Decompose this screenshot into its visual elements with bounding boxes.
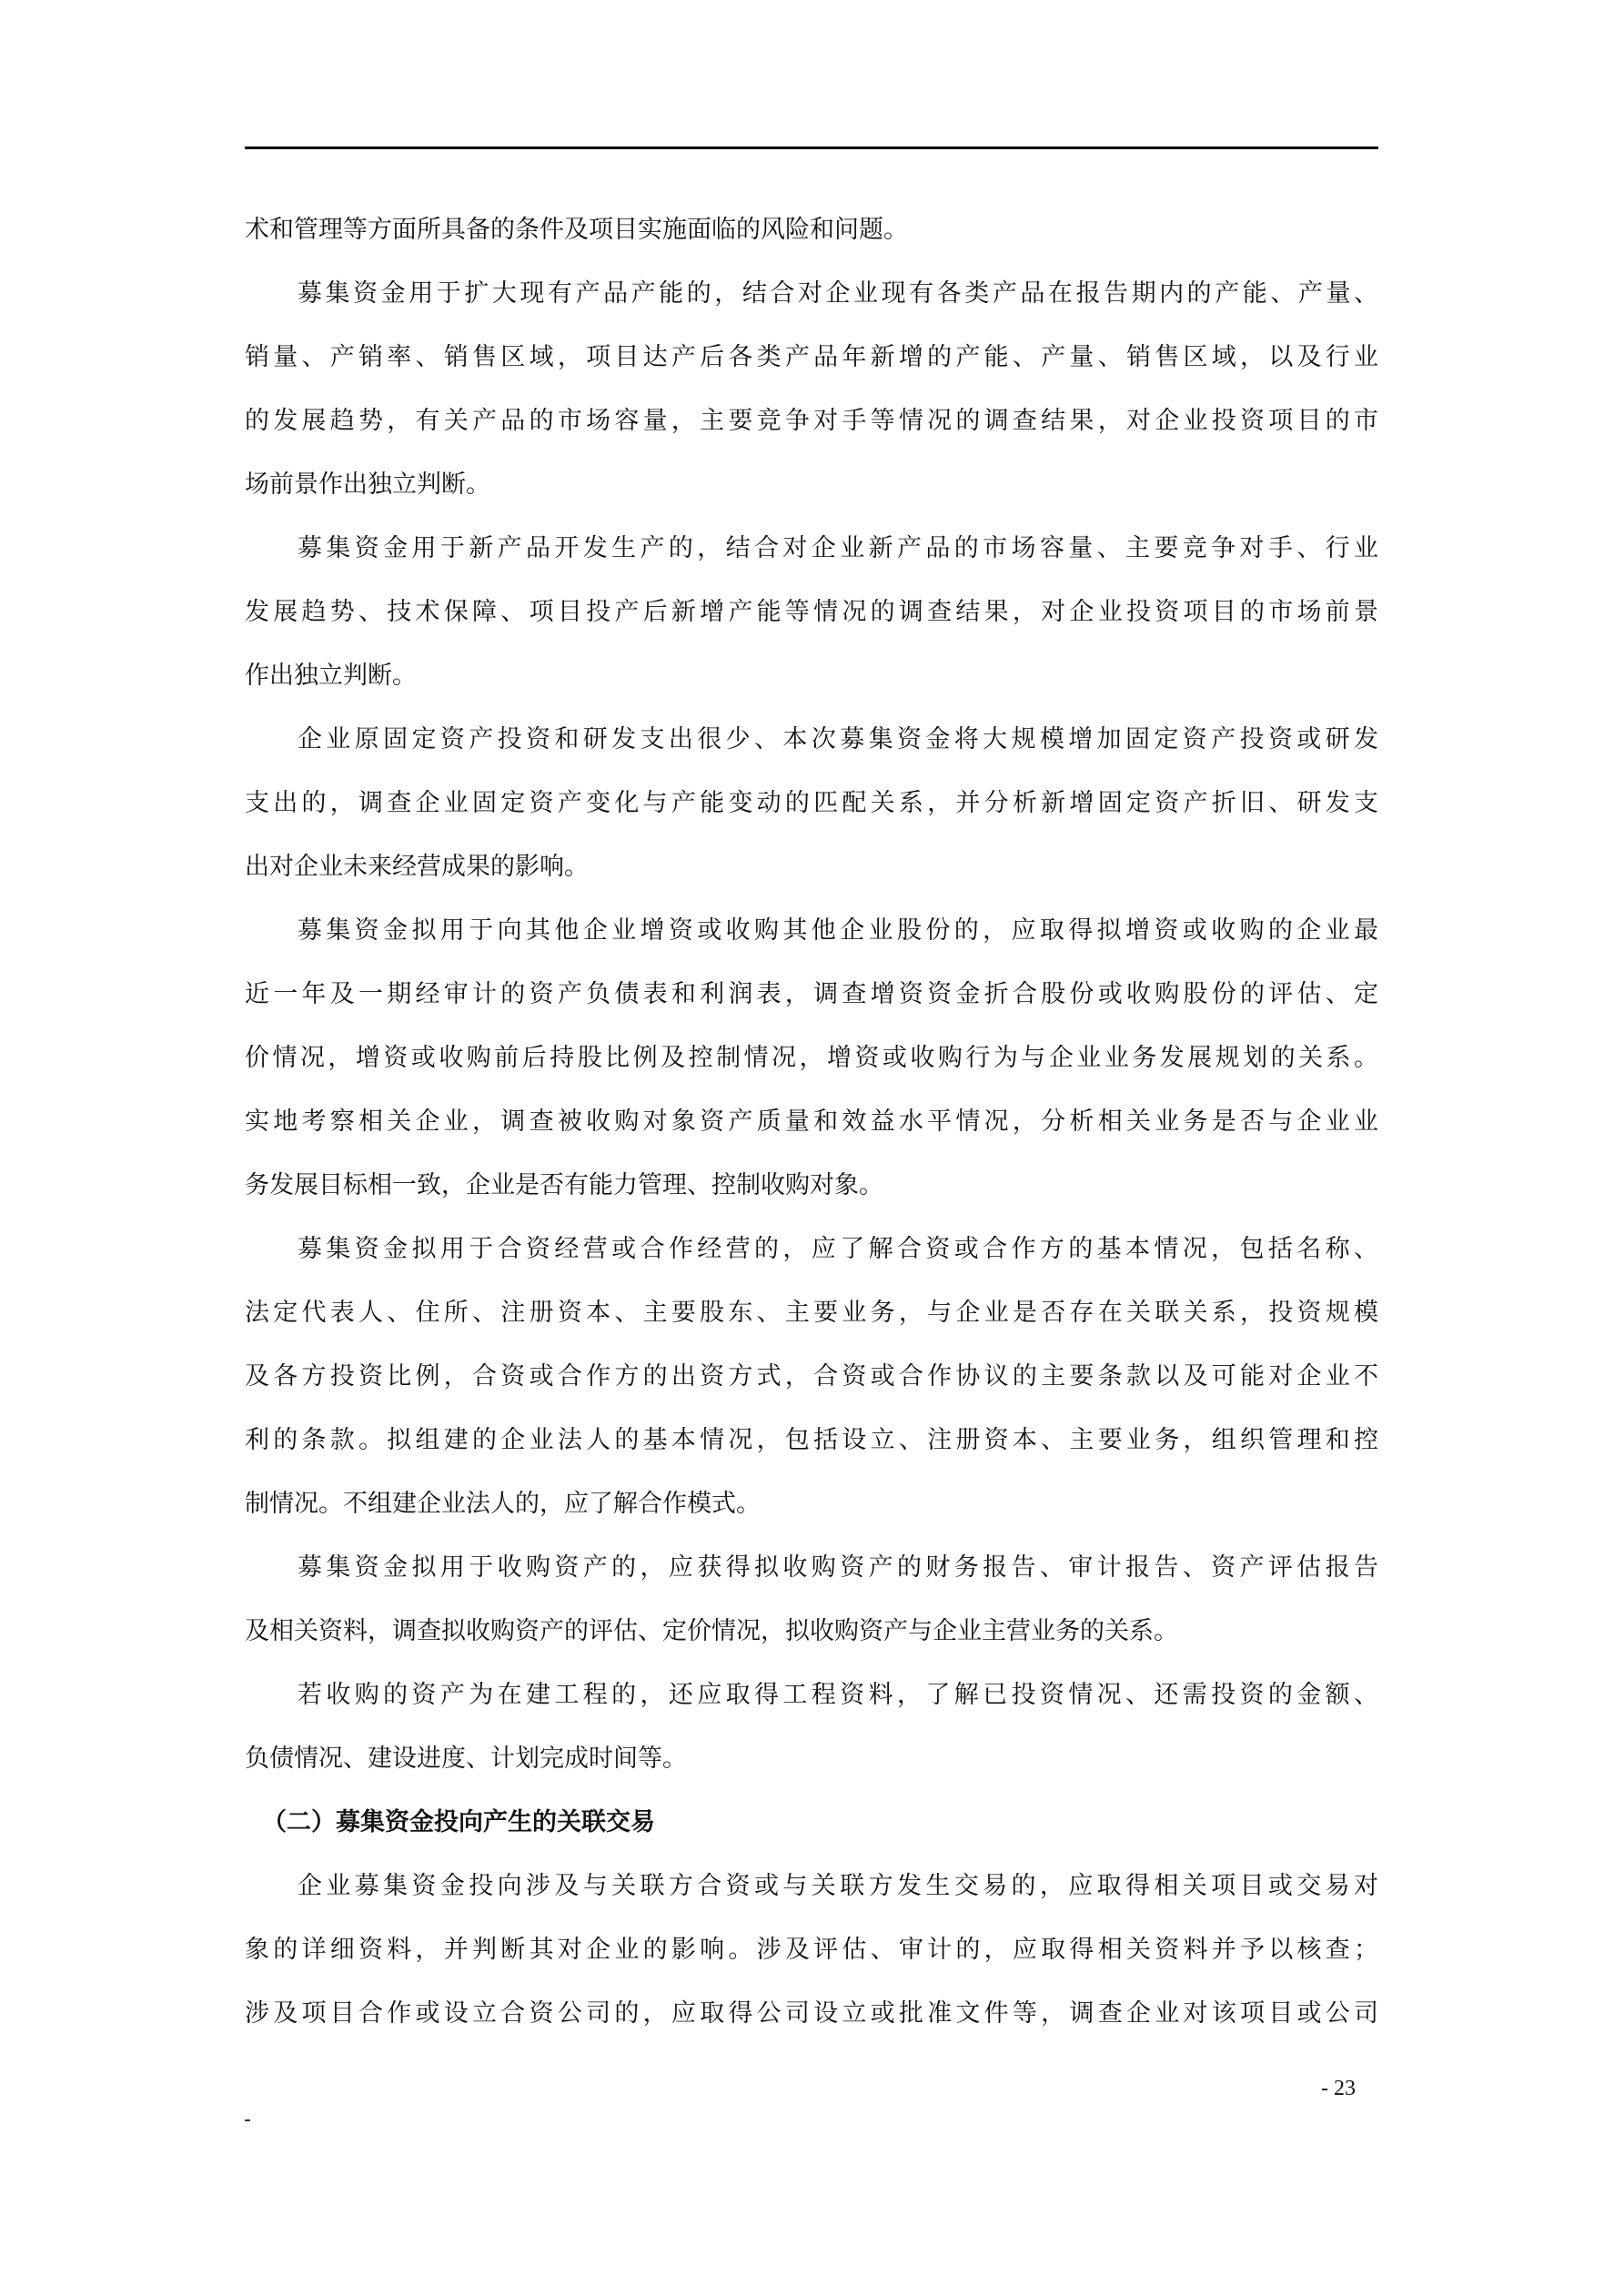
text-line: 象的详细资料，并判断其对企业的影响。涉及评估、审计的，应取得相关资料并予以核查； — [245, 1933, 1378, 1967]
text-line: 若收购的资产为在建工程的，还应取得工程资料，了解已投资情况、还需投资的金额、 — [298, 1678, 1378, 1713]
text-line: 负债情况、建设进度、计划完成时间等。 — [245, 1742, 1378, 1776]
footer-mark — [245, 2119, 250, 2121]
text-line: 作出独立判断。 — [245, 659, 1378, 693]
text-line: 制情况。不组建企业法人的，应了解合作模式。 — [245, 1487, 1378, 1522]
text-line: 企业原固定资产投资和研发支出很少、本次募集资金将大规模增加固定资产投资或研发 — [298, 723, 1378, 757]
text-line: 场前景作出独立判断。 — [245, 468, 1378, 502]
text-line: 近一年及一期经审计的资产负债表和利润表，调查增资资金折合股份或收购股份的评估、定 — [245, 977, 1378, 1012]
text-line: 募集资金拟用于合资经营或合作经营的，应了解合资或合作方的基本情况，包括名称、 — [298, 1232, 1378, 1267]
text-line: 法定代表人、住所、注册资本、主要股东、主要业务，与企业是否存在关联关系，投资规模 — [245, 1296, 1378, 1330]
section-heading: （二）募集资金投向产生的关联交易 — [262, 1805, 655, 1840]
text-line: 涉及项目合作或设立合资公司的，应取得公司设立或批准文件等，调查企业对该项目或公司 — [245, 1997, 1378, 2031]
text-line: 募集资金用于扩大现有产品产能的，结合对企业现有各类产品在报告期内的产能、产量、 — [298, 277, 1378, 311]
header-rule — [245, 147, 1378, 149]
text-line: 术和管理等方面所具备的条件及项目实施面临的风险和问题。 — [245, 213, 1378, 248]
text-line: 利的条款。拟组建的企业法人的基本情况，包括设立、注册资本、主要业务，组织管理和控 — [245, 1423, 1378, 1458]
text-line: 企业募集资金投向涉及与关联方合资或与关联方发生交易的，应取得相关项目或交易对 — [298, 1869, 1378, 1904]
text-line: 及各方投资比例，合资或合作方的出资方式，合资或合作协议的主要条款以及可能对企业不 — [245, 1360, 1378, 1394]
text-line: 募集资金用于新产品开发生产的，结合对企业新产品的市场容量、主要竞争对手、行业 — [298, 531, 1378, 566]
text-line: 务发展目标相一致，企业是否有能力管理、控制收购对象。 — [245, 1168, 1378, 1203]
text-line: 发展趋势、技术保障、项目投产后新增产能等情况的调查结果，对企业投资项目的市场前景 — [245, 595, 1378, 630]
text-line: 支出的，调查企业固定资产变化与产能变动的匹配关系，并分析新增固定资产折旧、研发支 — [245, 786, 1378, 821]
text-line: 出对企业未来经营成果的影响。 — [245, 850, 1378, 885]
page-number: - 23 — [1321, 2075, 1356, 2102]
text-line: 价情况，增资或收购前后持股比例及控制情况，增资或收购行为与企业业务发展规划的关系… — [245, 1041, 1378, 1076]
text-line: 募集资金拟用于向其他企业增资或收购其他企业股份的，应取得拟增资或收购的企业最 — [298, 914, 1378, 948]
text-line: 实地考察相关企业，调查被收购对象资产质量和效益水平情况，分析相关业务是否与企业业 — [245, 1105, 1378, 1139]
text-line: 及相关资料，调查拟收购资产的评估、定价情况，拟收购资产与企业主营业务的关系。 — [245, 1614, 1378, 1649]
text-line: 销量、产销率、销售区域，项目达产后各类产品年新增的产能、产量、销售区域，以及行业 — [245, 340, 1378, 375]
text-line: 募集资金拟用于收购资产的，应获得拟收购资产的财务报告、审计报告、资产评估报告 — [298, 1551, 1378, 1585]
text-line: 的发展趋势，有关产品的市场容量，主要竞争对手等情况的调查结果，对企业投资项目的市 — [245, 404, 1378, 439]
